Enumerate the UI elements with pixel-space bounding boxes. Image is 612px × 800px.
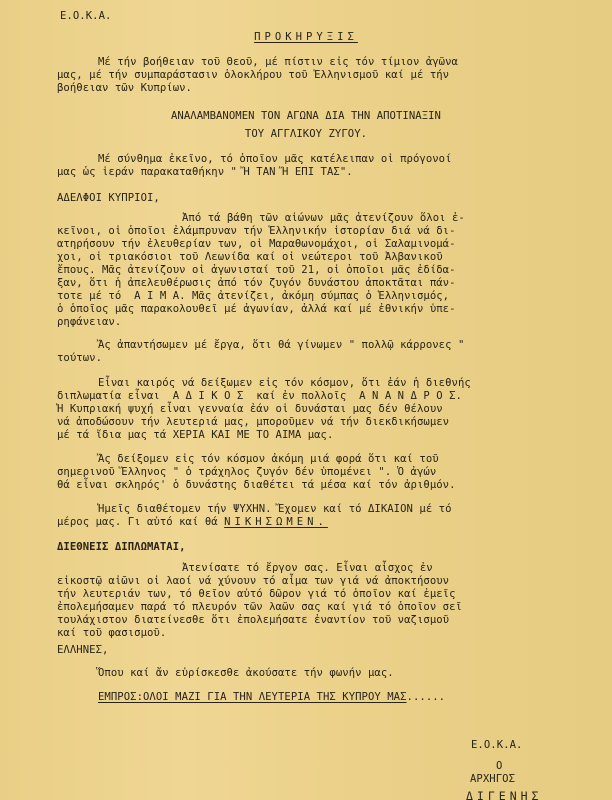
victory-emphasis: ΝΙΚΗΣΩΜΕΝ. [224,516,328,528]
headline-line: ΑΝΑΛΑΜΒΑΝΟΜΕΝ ΤΟΝ ΑΓΩΝΑ ΔΙΑ ΤΗΝ ΑΠΟΤΙΝΑΞ… [0,110,612,123]
paragraph-line: μέ τά ἴδια μας τά ΧΕΡΙΑ ΚΑΙ ΜΕ ΤΟ ΑΙΜΑ μ… [57,429,333,442]
paragraph-line: τούτων. [57,352,102,365]
document-page: Ε.Ο.Κ.Α. ΠΡΟΚΗΡΥΞΙΣ Μέ τήν βοήθειαν τοῦ … [0,0,612,800]
paragraph-line: καί τοῦ φασισμοῦ. [57,627,166,640]
paragraph-line: Ἄς ἀπαντήσωμεν μέ ἔργα, ὅτι θά γίνωμεν "… [98,339,464,352]
document-title: ΠΡΟΚΗΡΥΞΙΣ [0,31,612,44]
motto-line: Μέ σύνθημα ἐκεῖνο, τό ὁποῖον μᾶς κατέλει… [98,153,452,166]
rallying-cry: ΕΜΠΡΟΣ:ΟΛΟΙ ΜΑΖΙ ΓΙΑ ΤΗΝ ΛΕΥΤΕΡΙΑ ΤΗΣ ΚΥ… [98,691,445,704]
paragraph-7: Ὅπου καί ἄν εὑρίσκεσθε ἀκούσατε τήν φωνή… [98,667,394,680]
paragraph-line: Ἡμεῖς διαθέτομεν τήν ΨΥΧΗΝ. Ἔχομεν καί τ… [98,503,452,516]
intro-line: βοήθειαν τῶν Κυπρίων. [57,82,192,95]
signature-org: Ε.Ο.Κ.Α. [471,739,522,752]
paragraph-line: ρηφάνειαν. [57,316,121,329]
paragraph-line: τήν λευτεριάν των, τό θεῖον αὐτό δῶρον γ… [57,588,456,601]
paragraph-line: μέρος μας. Γι αὐτό καί θά ΝΙΚΗΣΩΜΕΝ. [57,516,328,529]
paragraph-line: τοτε μέ τό Α Ι Μ Α. Μᾶς ἀτενίζει, ἀκόμη … [57,290,449,303]
motto-line: μας ὡς ἱεράν παρακαταθήκην " Ἤ ΤΑΝ Ἤ ΕΠΙ… [57,166,353,179]
paragraph-line: νά ἀποδώσουν τήν λευτεριά μας, μποροῦμεν… [57,416,449,429]
paragraph-line: εἰκοστῷ αἰῶνι οἱ λαοί νά χύνουν τό αἷμα … [57,575,449,588]
paragraph-text: μέρος μας. Γι αὐτό καί θά [57,516,224,528]
salutation-diplomats: ΔΙΕΘΝΕΙΣ ΔΙΠΛΩΜΑΤΑΙ, [57,541,186,554]
paragraph-line: Ἡ Κυπριακή ψυχή εἶναι γενναία ἐάν οἱ δυν… [57,403,443,416]
paragraph-line: Ἀτενίσατε τό ἔργον σας. Εἶναι αἶσχος ἐν [182,562,433,575]
paragraph-line: θά εἶναι σκληρός' ὁ δυνάστης διαθέτει τά… [57,479,456,492]
paragraph-line: χοι, οἱ τριακόσιοι τοῦ Λεωνίδα καί οἱ νε… [57,251,443,264]
paragraph-line: Ἀπό τά βάθη τῶν αἰώνων μᾶς ἀτενίζουν ὅλο… [182,212,465,225]
headline-line: ΤΟΥ ΑΓΓΛΙΚΟΥ ΖΥΓΟΥ. [0,128,612,141]
rallying-cry-text: ΕΜΠΡΟΣ:ΟΛΟΙ ΜΑΖΙ ΓΙΑ ΤΗΝ ΛΕΥΤΕΡΙΑ ΤΗΣ ΚΥ… [98,691,407,703]
salutation-greeks: ΕΛΛΗΝΕΣ, [57,644,108,657]
paragraph-line: Ἄς δείξομεν εἰς τόν κόσμον ἀκόμη μιά φορ… [98,453,439,466]
paragraph-line: Εἶναι καιρός νά δείξωμεν εἰς τόν κόσμον,… [98,377,471,390]
paragraph-line: διπλωματία εἶναι Α Δ Ι Κ Ο Σ καί ἐν πολλ… [57,390,462,403]
signature-name: ΔΙΓΕΝΗΣ [466,790,542,800]
paragraph-line: ατηρήσουν τήν ἐλευθερίαν των, οἱ Μαραθων… [57,238,456,251]
intro-line: μας, μέ τήν συμπαράστασιν ὁλοκλήρου τοῦ … [57,69,449,82]
salutation-cypriots: ΑΔΕΛΦΟΙ ΚΥΠΡΙΟΙ, [57,192,160,205]
paragraph-line: σημερινοῦ Ἕλληνος " ὁ τράχηλος ζυγόν δέν… [57,466,436,479]
paragraph-line: ἔπους. Μᾶς ἀτενίζουν οἱ ἀγωνισταί τοῦ 21… [57,264,456,277]
paragraph-line: ἐπολεμήσαμεν παρά τό πλευρόν τῶν λαῶν σα… [57,601,462,614]
rallying-cry-trail: ...... [407,691,446,703]
signature-role: ΑΡΧΗΓΟΣ [470,773,515,786]
signature-article: Ο [496,760,502,773]
paragraph-line: τουλάχιστον διατείνεσθε ὅτι ἐπολεμήσατε … [57,614,449,627]
paragraph-line: ξαν, ὅτι ἡ ἀπελευθέρωσις ἀπό τόν ζυγόν δ… [57,277,456,290]
intro-line: Μέ τήν βοήθειαν τοῦ Θεοῦ, μέ πίστιν εἰς … [98,56,458,69]
paragraph-line: κεῖνοι, οἱ ὁποῖοι ἐλάμπρυναν τήν Ἑλληνικ… [57,225,456,238]
paragraph-line: ὁ ὁποῖος μᾶς παρακολουθεῖ μέ ἀγωνίαν, ἀλ… [57,303,456,316]
org-header: Ε.Ο.Κ.Α. [60,10,111,23]
